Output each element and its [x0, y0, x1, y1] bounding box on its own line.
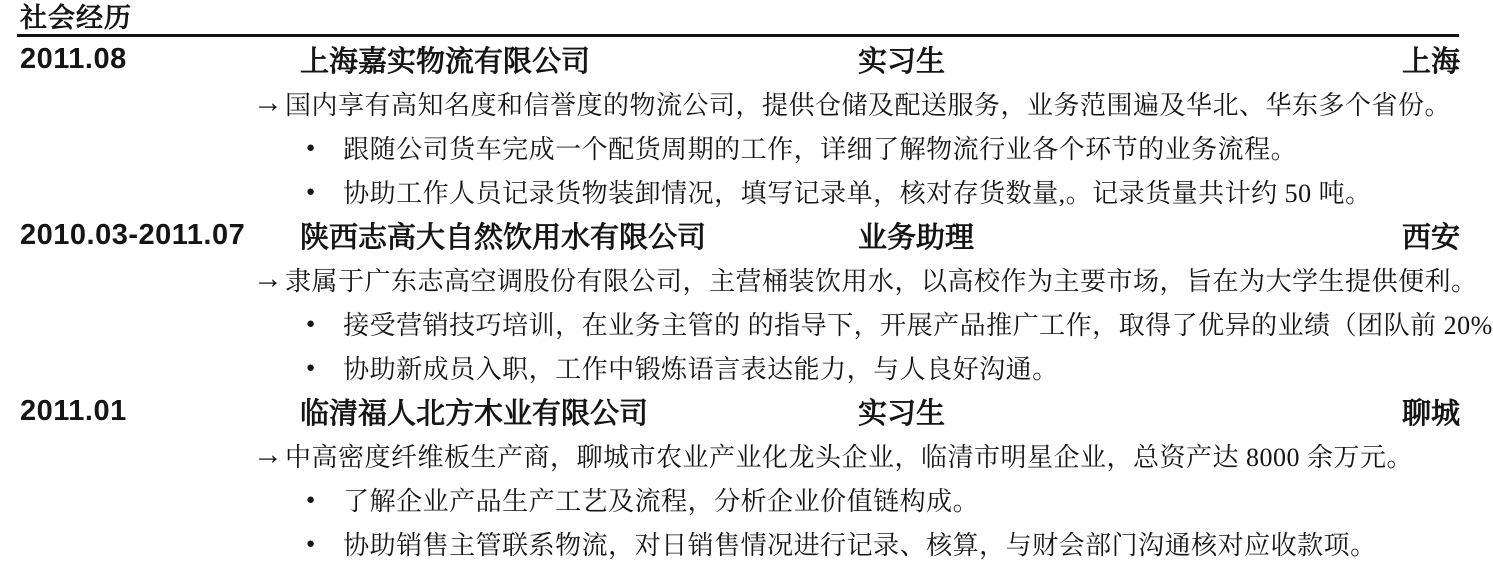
entry-role: 实习生	[858, 391, 1402, 432]
entry-company: 上海嘉实物流有限公司	[300, 39, 858, 80]
right-arrow-icon: →	[253, 264, 283, 294]
entry-heading-row: 2011.08 上海嘉实物流有限公司 实习生 上海	[0, 37, 1493, 81]
entry-date: 2010.03-2011.07	[20, 219, 300, 252]
entry-summary-text: 隶属于广东志高空调股份有限公司，主营桶装饮用水，以高校作为主要市场，旨在为大学生…	[285, 261, 1478, 298]
section-header: 社会经历	[17, 0, 1459, 37]
entry-heading-row: 2010.03-2011.07 陕西志高大自然饮用水有限公司 业务助理 西安	[0, 213, 1493, 257]
bullet-text: 接受营销技巧培训，在业务主管的 的指导下，开展产品推广工作，取得了优异的业绩（团…	[343, 305, 1493, 342]
entry-heading-row: 2011.01 临清福人北方木业有限公司 实习生 聊城	[0, 389, 1493, 433]
entry-summary-line: → 中高密度纤维板生产商，聊城市农业产业化龙头企业，临清市明星企业，总资产达 8…	[0, 433, 1493, 477]
experience-entry: 2010.03-2011.07 陕西志高大自然饮用水有限公司 业务助理 西安 →…	[0, 213, 1493, 389]
entry-summary-line: → 国内享有高知名度和信誉度的物流公司，提供仓储及配送服务，业务范围遍及华北、华…	[0, 81, 1493, 125]
bullet-dot-icon: ●	[306, 492, 315, 507]
experience-entry: 2011.08 上海嘉实物流有限公司 实习生 上海 → 国内享有高知名度和信誉度…	[0, 37, 1493, 213]
bullet-text: 协助销售主管联系物流，对日销售情况进行记录、核算，与财会部门沟通核对应收款项。	[343, 525, 1377, 562]
bullet-text: 跟随公司货车完成一个配货周期的工作，详细了解物流行业各个环节的业务流程。	[343, 129, 1297, 166]
bullet-list: ●接受营销技巧培训，在业务主管的 的指导下，开展产品推广工作，取得了优异的业绩（…	[0, 301, 1493, 389]
bullet-dot-icon: ●	[306, 360, 315, 375]
bullet-item: ●协助新成员入职，工作中锻炼语言表达能力，与人良好沟通。	[0, 345, 1493, 389]
entry-location: 聊城	[1402, 391, 1460, 432]
experience-entry: 2011.01 临清福人北方木业有限公司 实习生 聊城 → 中高密度纤维板生产商…	[0, 389, 1493, 565]
bullet-text: 协助新成员入职，工作中锻炼语言表达能力，与人良好沟通。	[343, 349, 1059, 386]
entry-company: 陕西志高大自然饮用水有限公司	[300, 215, 858, 256]
right-arrow-icon: →	[253, 440, 283, 470]
entry-company: 临清福人北方木业有限公司	[300, 391, 858, 432]
bullet-item: ●协助销售主管联系物流，对日销售情况进行记录、核算，与财会部门沟通核对应收款项。	[0, 521, 1493, 565]
entry-role: 业务助理	[858, 215, 1402, 256]
entry-date: 2011.01	[20, 395, 300, 428]
bullet-item: ●协助工作人员记录货物装卸情况，填写记录单，核对存货数量,。记录货量共计约 50…	[0, 169, 1493, 213]
right-arrow-icon: →	[253, 88, 283, 118]
bullet-item: ●了解企业产品生产工艺及流程，分析企业价值链构成。	[0, 477, 1493, 521]
bullet-dot-icon: ●	[306, 316, 315, 331]
bullet-dot-icon: ●	[306, 536, 315, 551]
entry-summary-text: 中高密度纤维板生产商，聊城市农业产业化龙头企业，临清市明星企业，总资产达 800…	[285, 437, 1413, 474]
experience-list: 2011.08 上海嘉实物流有限公司 实习生 上海 → 国内享有高知名度和信誉度…	[0, 37, 1493, 565]
bullet-list: ●跟随公司货车完成一个配货周期的工作，详细了解物流行业各个环节的业务流程。●协助…	[0, 125, 1493, 213]
entry-role: 实习生	[858, 39, 1402, 80]
bullet-item: ●跟随公司货车完成一个配货周期的工作，详细了解物流行业各个环节的业务流程。	[0, 125, 1493, 169]
entry-summary-line: → 隶属于广东志高空调股份有限公司，主营桶装饮用水，以高校作为主要市场，旨在为大…	[0, 257, 1493, 301]
entry-location: 上海	[1402, 39, 1460, 80]
bullet-item: ●接受营销技巧培训，在业务主管的 的指导下，开展产品推广工作，取得了优异的业绩（…	[0, 301, 1493, 345]
bullet-dot-icon: ●	[306, 184, 315, 199]
section-title: 社会经历	[17, 2, 132, 34]
bullet-text: 了解企业产品生产工艺及流程，分析企业价值链构成。	[343, 481, 979, 518]
entry-summary-text: 国内享有高知名度和信誉度的物流公司，提供仓储及配送服务，业务范围遍及华北、华东多…	[285, 85, 1451, 122]
entry-date: 2011.08	[20, 43, 300, 76]
bullet-list: ●了解企业产品生产工艺及流程，分析企业价值链构成。●协助销售主管联系物流，对日销…	[0, 477, 1493, 565]
bullet-dot-icon: ●	[306, 140, 315, 155]
bullet-text: 协助工作人员记录货物装卸情况，填写记录单，核对存货数量,。记录货量共计约 50 …	[343, 173, 1372, 210]
entry-location: 西安	[1402, 215, 1460, 256]
